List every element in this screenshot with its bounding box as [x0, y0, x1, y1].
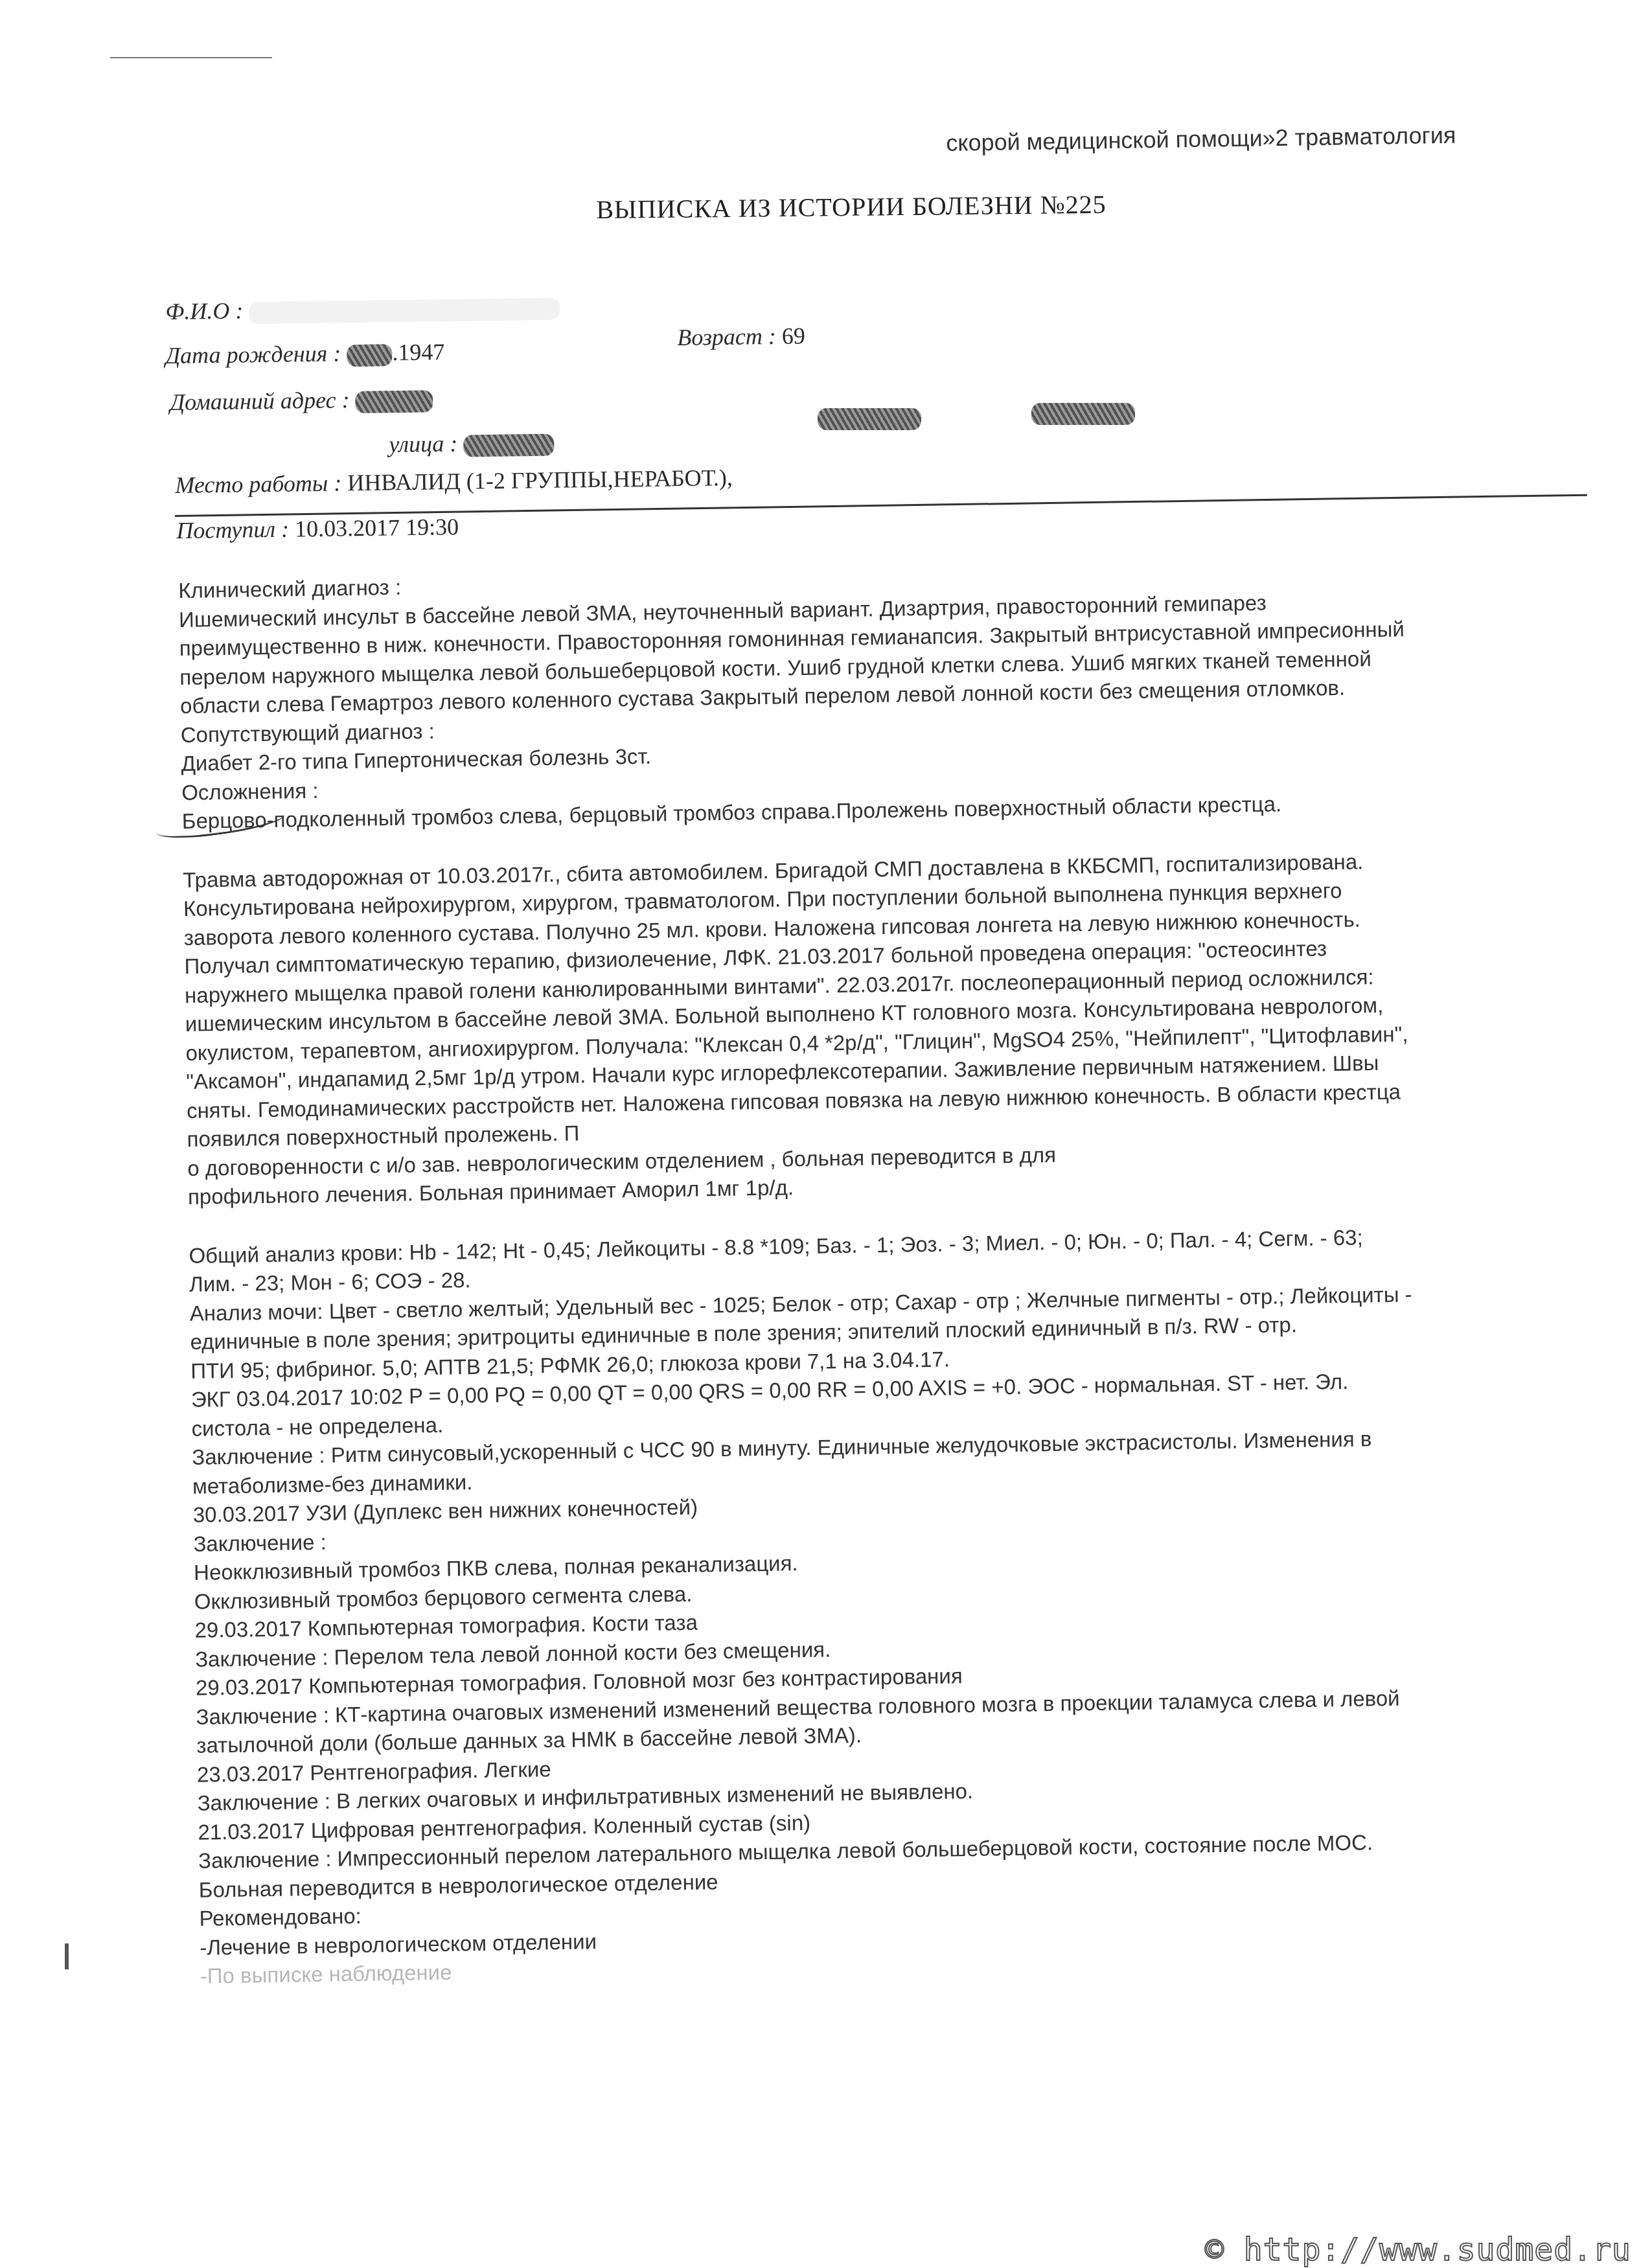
watermark-link[interactable]: © http://www.sudmed.ru: [1205, 2232, 1631, 2268]
birth-year: .1947: [392, 339, 445, 365]
workplace-label: Место работы :: [175, 470, 342, 498]
header-divider: [175, 494, 1587, 517]
street-field: улица :: [389, 428, 555, 458]
redacted-birth-date: [347, 344, 392, 367]
organization-header: скорой медицинской помощи»2 травматологи…: [946, 122, 1456, 157]
top-rule: [110, 57, 272, 58]
admission-value: 10.03.2017 19:30: [295, 514, 459, 542]
birth-date-label: Дата рождения :: [165, 340, 341, 369]
document-title: ВЫПИСКА ИЗ ИСТОРИИ БОЛЕЗНИ №225: [596, 189, 1107, 225]
address-label: Домашний адрес :: [170, 387, 350, 415]
admission-label: Поступил :: [176, 516, 289, 544]
age-field: Возраст : 69: [677, 322, 805, 351]
birth-date-field: Дата рождения : .1947: [165, 338, 445, 369]
scan-artifact: [65, 1943, 69, 1969]
scanned-document-page: скорой медицинской помощи»2 травматологи…: [0, 0, 1652, 2268]
workplace-value: ИНВАЛИД (1-2 ГРУППЫ,НЕРАБОТ.),: [347, 464, 733, 496]
redacted-name: [249, 297, 560, 324]
workplace-field: Место работы : ИНВАЛИД (1-2 ГРУППЫ,НЕРАБ…: [175, 464, 733, 499]
fio-field: Ф.И.О :: [165, 292, 560, 325]
age-label: Возраст :: [677, 323, 776, 350]
labs-section: Общий анализ крови: Hb - 142; Ht - 0,45;…: [189, 1220, 1592, 1905]
redacted-house: [818, 408, 921, 430]
age-value: 69: [782, 323, 806, 349]
document-body: Клинический диагноз : Ишемический инсуль…: [178, 555, 1593, 1991]
street-label: улица :: [389, 431, 458, 457]
fio-label: Ф.И.О :: [165, 297, 243, 325]
redacted-apartment: [1031, 403, 1135, 425]
history-section: Травма автодорожная от 10.03.2017г., сби…: [183, 844, 1581, 1212]
admission-field: Поступил : 10.03.2017 19:30: [176, 513, 459, 544]
address-field: Домашний адрес :: [170, 385, 433, 416]
redacted-address: [355, 390, 433, 413]
redacted-street: [463, 433, 554, 457]
